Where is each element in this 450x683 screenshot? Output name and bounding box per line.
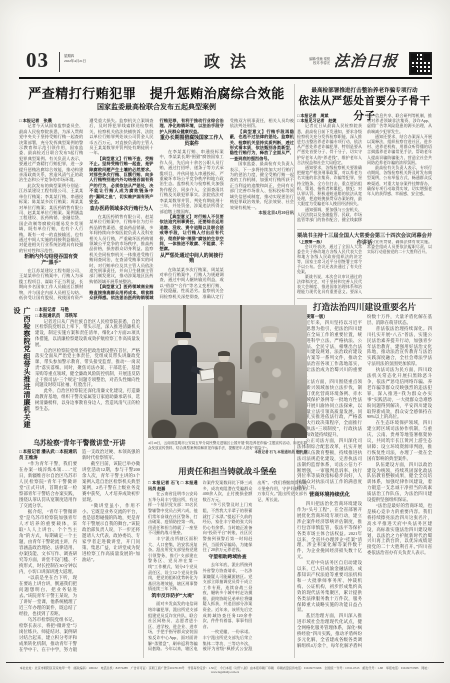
section-subhead: 守望相助跨域协查: [203, 555, 253, 561]
photo-caption: 4月19日，云南省昆明市公安局五华分局民警走进辖区公园开展“防范养老诈骗”主题宣…: [148, 441, 307, 455]
news-photo: [148, 305, 307, 438]
paragraph: 丰宁派出所辖区面积大、人口密集，治安状况复杂。派出所党支部坚持党建引领警务，推行…: [148, 536, 198, 592]
article-divider: [297, 229, 432, 230]
paragraph: 通知还要求，结合办案深入开展以案释法，组织检察官进社区、进乡村、进养老机构，用群…: [367, 134, 432, 165]
paragraph: 自治区检察院党组坚持把政治建设摆在首位，严格落实全面从严治党主体责任，党组成员带…: [35, 348, 140, 389]
dateline: 本报北京4月20日讯: [230, 210, 294, 215]
paragraph: “以前是坐在台下听，现在要站上讲台讲，倒逼我们把问题想明白、把业务钻进去。”该院…: [19, 575, 77, 617]
paragraph: 通知要求，各级检察机关要准确把握宽严相济刑事政策，对以养老为名实施的非法集资、诈…: [297, 165, 362, 207]
byline: □ 本报记者 石飞 □ 本报通讯员 赵磊: [148, 480, 198, 491]
paragraph: “法治是最好的营商环境，也是核心竞争力的重要内容。我们将持续擦亮法治四川这张名片…: [367, 503, 432, 556]
elder-hair: [218, 351, 230, 356]
column-divider: [143, 306, 144, 658]
elder-fraud-body: □ 本报记者 周斌 □ 本报见习记者 赵婕 记者近日从最高人民检察院获悉，最高检…: [297, 113, 432, 227]
significance-paragraph: 【典型意义】行贿不查，受贿不止。坚持受贿行贿一起查，是铲除腐败问题产生土壤的必然…: [89, 156, 153, 205]
case-subhead: 从严惩处通过中间人的间接行贿: [160, 254, 224, 265]
npc-body: （上接第一版） 会议经表决，通过了全国人大常委会关于修改地方各级人民代表大会和地…: [297, 240, 432, 296]
paragraph: 会议经表决，通过了全国人大常委会关于修改地方各级人民代表大会和地方各级人民政府组…: [297, 245, 362, 275]
wusu-body: □ 本报记者 潘从武 □ 本报通讯员 王维涛 “作为青年干警，我们要在办案一线淬…: [19, 449, 140, 656]
guangxi-vertical-headline: 广西检察院党组带头推进清廉机关建设: [19, 307, 32, 431]
paragraph: 在某医药销售有限公司、赵某某单位行贿案中，行贿单位为打开药品销售渠道、提高药品销…: [89, 214, 153, 284]
significance-paragraph: 【典型意义】行贿手段再隐蔽，也逃不过法律的惩处。监察机关、检察机关坚持实质判断，…: [230, 129, 294, 161]
qr-code-icon: [409, 52, 432, 75]
elder-hair: [261, 326, 279, 333]
paragraph: 国家监委、最高检有关负责人表示，下一步将持续加大对行贿行为的惩治力度，健全受贿行…: [230, 161, 294, 210]
section-subhead: 筑牢反诈防护“大堤”: [148, 594, 198, 600]
wusu-headline: 乌苏检察“青年干警微讲堂”开讲: [19, 437, 140, 447]
case-subhead: 查办医药领域多次行贿行为人: [89, 207, 153, 212]
guangxi-body: □ 本报记者 马艳 □ 本报通讯员 邓铁军 记者近日从广西壮族自治区人民检察院获…: [35, 307, 140, 431]
case-subhead: 重办长期围猎腐蚀国家工作人员案件: [160, 136, 224, 147]
paragraph: 在李某某行贿、串通投标案中，李某某长期“围猎”腐蚀国家工作人员，先后向十余名公职…: [160, 149, 224, 214]
byline: □ 本报记者 潘从武 □ 本报通讯员 王维涛: [19, 449, 77, 461]
fortress-headline: 用责任和担当铸就战斗堡垒: [148, 466, 307, 477]
paragraph: 去年年底，派出所接到外省警方协查请求，一名涉案嫌疑人可能藏匿辖区。党支部立即抽调…: [203, 562, 253, 629]
paragraph: 此次发布的典型案例分别是：江苏某建设工程有限公司、王某某单位行贿案；李某某行贿、…: [19, 183, 83, 253]
footer-info: 本社社址：北京市朝阳区花家地甲一号 邮政编码：100102 电话总机：84772…: [8, 666, 442, 674]
paragraph: 普法依法治理持续深化。四川扎实开展“八五”普法，实施公民法治素养提升行动，加强青…: [367, 326, 432, 367]
significance-paragraph: 【典型意义】对行贿人不仅要依法追究刑事责任，还要综合运用追缴、没收、责令退赔以及…: [160, 214, 224, 252]
paragraph: “微讲堂虽小，作用不小。它既是业务交流的平台，也是思想碰撞的阵地，更是青年干警展…: [82, 503, 140, 563]
paragraph: 记者近日从广西壮族自治区人民检察院获悉，自治区检察院党组以上率下、带头示范，深入…: [35, 319, 140, 348]
case-subhead: 斩断内外勾结侵吞国有资产“黑手”: [19, 255, 83, 266]
main-story-body: □ 本报记者 张晨 记者今天从国家监察委员会、最高人民检察院获悉，为深入贯彻党中…: [19, 118, 294, 302]
photo-tree-trunk: [240, 305, 242, 369]
fortress-body: □ 本报记者 石飞 □ 本报通讯员 赵磊 在云南省昆明市公安局五华分局丰宁派出所…: [148, 480, 307, 657]
caption-text: 4月19日，云南省昆明市公安局五华分局民警走进辖区公园开展“防范养老诈骗”主题宣…: [148, 441, 307, 450]
header-rule: [19, 77, 432, 79]
main-subtitle: 国家监委最高检联合发布五起典型案例: [19, 102, 294, 112]
paragraph: 据介绍，“青年干警微讲堂”是乌苏市检察院加强青年人才培养的重要载体，采取“人人上…: [19, 509, 77, 575]
paragraph: 记者近日从最高人民检察院获悉，最高检日前下发通知，要求各级检察机关充分发挥检察职…: [297, 123, 362, 165]
paragraph: 记者今天从国家监察委员会、最高人民检察院获悉，为深入贯彻党中央关于坚持受贿行贿一…: [19, 123, 83, 182]
editors-note: 编辑/张驰 梁悦 校对/李春光: [294, 57, 330, 66]
sichuan-headline: 打造法治四川建设重要名片: [297, 301, 432, 313]
main-headline: 严查精打行贿犯罪 提升惩贿治腐综合效能: [19, 83, 294, 102]
paragraph: 在生态环境保护领域，四川建立跨区域司法协作机制，与重庆、云南、贵州等地签署框架协…: [367, 420, 432, 461]
paragraph: 在云南省昆明市公安局五华分局丰宁派出所，有这样一个基层党支部：55名民警辅警中党…: [148, 491, 198, 536]
paragraph: 最高检有关负责人表示，专项行动期间，各级检察机关将及时发布典型案例，公布举报方式…: [367, 165, 432, 196]
officer-uniform: [171, 345, 197, 415]
leaflet: [240, 390, 261, 405]
officer-cap: [175, 332, 191, 338]
proofreader-line: 校对/李春光: [294, 61, 330, 65]
sichuan-body: （上接第一版） 近年来，四川坚持以习近平法治思想为指引，把法治四川建设摆在全局工…: [297, 314, 432, 658]
paragraph: 队伍建设方面，四川以政治建设为统领，持续巩固深化政法队伍教育整顿成果，健全全员培…: [367, 462, 432, 503]
paragraph: 截至目前，该院已举办微讲堂活动12期，参与干警200余人次，青年干警主讲的3个案…: [82, 461, 140, 503]
paragraph: 此外，自治区检察院还深化清廉文化建设，打造廉政教育基地，组织干警及家属签订家庭助…: [35, 388, 140, 411]
newspaper-page: 03 星期四 2022年4月21日 政法 编辑/张驰 梁悦 校对/李春光 法治日…: [0, 0, 450, 683]
paragraph: 执法司法为民方面，四川政法机关常态化开展扫黑除恶斗争，依法严惩电信网络诈骗、养老…: [367, 367, 432, 420]
newspaper-masthead: 法治日报: [333, 50, 398, 71]
article-divider: [297, 298, 432, 299]
paragraph: “多亏民警及时上门劝阻，不然我大半辈子的积蓄就打了水漂。”提起不久前的经历，家住…: [203, 502, 253, 552]
photo-credit: 本报记者 石飞 本报通讯员 贾洪 摄: [148, 450, 307, 455]
paragraph: “作为青年干警，我们要在办案一线淬炼本领……”近日，新疆维吾尔自治区乌苏市人民检…: [19, 461, 77, 509]
footer-rule: [6, 662, 444, 663]
photo-foreground-foliage: [148, 409, 307, 438]
